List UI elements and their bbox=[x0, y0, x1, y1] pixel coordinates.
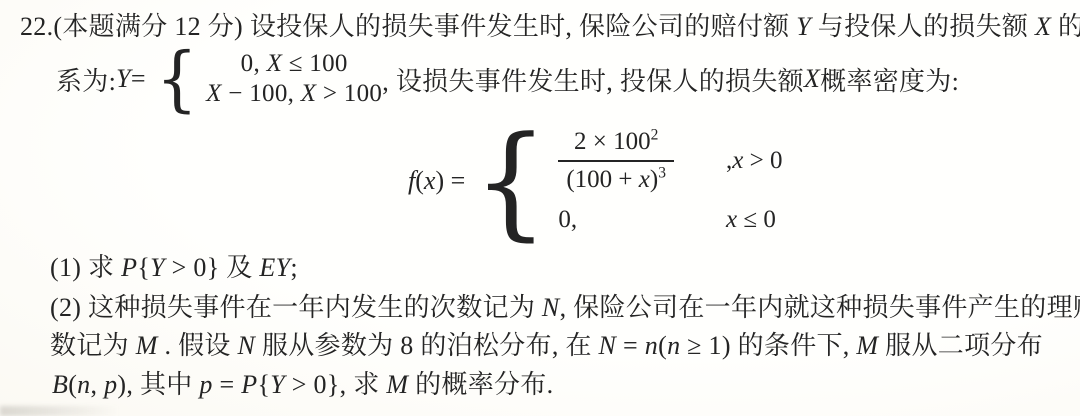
equals-sign: = bbox=[131, 64, 146, 94]
var-P: P bbox=[121, 253, 137, 282]
case-2-value: 0, bbox=[558, 206, 577, 234]
text-segment: (1) 求 bbox=[50, 253, 121, 282]
text-segment: 的概率分布. bbox=[408, 370, 553, 399]
var-B: B bbox=[52, 370, 68, 399]
text-segment: . 假设 bbox=[158, 331, 238, 360]
var-N: N bbox=[237, 331, 255, 360]
paren: ( bbox=[658, 331, 667, 360]
var-X: X bbox=[301, 80, 317, 107]
var-N: N bbox=[599, 331, 617, 360]
text-segment: 的关 bbox=[1051, 12, 1080, 41]
subquestion-2-line-1: (2) 这种损失事件在一年内发生的次数记为 N, 保险公司在一年内就这种损失事件… bbox=[50, 291, 1064, 325]
text-segment: , 设损失事件发生时, 投保人的损失额 bbox=[382, 61, 804, 98]
var-x: x bbox=[732, 147, 743, 174]
var-X: X bbox=[1035, 12, 1051, 41]
exponent: 2 bbox=[651, 127, 659, 144]
equals-sign: = bbox=[616, 331, 645, 360]
exponent: 3 bbox=[658, 165, 666, 182]
text-segment: 服从二项分布 bbox=[878, 331, 1043, 360]
text-segment: 22.(本题满分 12 分) 设投保人的损失事件发生时, 保险公司的赔付额 bbox=[20, 12, 796, 41]
var-M: M bbox=[136, 331, 158, 360]
var-Y: Y bbox=[116, 64, 131, 94]
text-segment: > 0} 及 bbox=[165, 253, 260, 282]
condition-1: ,x > 0 bbox=[726, 147, 782, 175]
text-segment: (100 + bbox=[566, 166, 638, 193]
var-Y: Y bbox=[270, 370, 285, 399]
var-Y: Y bbox=[150, 253, 165, 282]
density-formula: f(x) = { 2 × 1002 (100 + x)3 ,x > 0 0, x… bbox=[408, 123, 1064, 239]
var-p: p bbox=[199, 370, 212, 399]
var-X: X bbox=[206, 80, 222, 107]
case-2: X − 100, X > 100 bbox=[206, 79, 382, 109]
paren: ( bbox=[68, 370, 77, 399]
equals-sign: = bbox=[213, 370, 242, 399]
var-n: n bbox=[77, 370, 90, 399]
text-segment: ≤ 100 bbox=[282, 50, 348, 77]
formula-lhs: f(x) = bbox=[408, 166, 465, 196]
text-segment: > 0 bbox=[743, 147, 782, 174]
fraction-numerator: 2 × 1002 bbox=[558, 128, 674, 160]
var-Y: Y bbox=[796, 12, 811, 41]
var-N: N bbox=[542, 293, 560, 322]
var-EY: EY bbox=[259, 253, 290, 282]
left-brace: { bbox=[156, 43, 198, 114]
text-segment: 系为: bbox=[56, 61, 116, 98]
text-segment: − 100, bbox=[222, 80, 301, 107]
var-M: M bbox=[856, 331, 878, 360]
piecewise-Y-line: 系为: Y = { 0, X ≤ 100 X − 100, X > 100 , … bbox=[56, 47, 1064, 111]
paren: ) bbox=[650, 166, 658, 193]
text-segment: ≤ 0 bbox=[737, 206, 776, 233]
text-segment: (2) 这种损失事件在一年内发生的次数记为 bbox=[50, 293, 542, 322]
var-X: X bbox=[267, 50, 283, 77]
text-segment: 概率密度为: bbox=[820, 61, 959, 98]
condition-2: x ≤ 0 bbox=[726, 206, 776, 234]
text-segment: ≥ 1) 的条件下, bbox=[680, 331, 856, 360]
fraction-denominator: (100 + x)3 bbox=[558, 160, 674, 194]
text-segment: 0, bbox=[241, 50, 267, 77]
var-x: x bbox=[424, 166, 436, 195]
case-1: 0, X ≤ 100 bbox=[241, 49, 348, 79]
text-segment: 服从参数为 8 的泊松分布, 在 bbox=[255, 331, 598, 360]
brace-char: { bbox=[257, 370, 270, 399]
brace-char: { bbox=[137, 253, 150, 282]
equals-sign: ) = bbox=[435, 166, 465, 195]
var-n: n bbox=[667, 331, 680, 360]
subquestion-2-line-3: B(n, p), 其中 p = P{Y > 0}, 求 M 的概率分布. bbox=[52, 368, 1064, 402]
var-M: M bbox=[386, 370, 408, 399]
text-segment: > 100 bbox=[316, 80, 382, 107]
text-segment: 2 × 100 bbox=[574, 128, 651, 155]
var-x: x bbox=[726, 206, 737, 233]
subquestion-1: (1) 求 P{Y > 0} 及 EY; bbox=[50, 251, 1064, 285]
density-cases: 2 × 1002 (100 + x)3 ,x > 0 0, x ≤ 0 bbox=[558, 128, 782, 234]
subquestion-2-line-2: 数记为 M . 假设 N 服从参数为 8 的泊松分布, 在 N = n(n ≥ … bbox=[50, 329, 1064, 363]
text-segment: ), 其中 bbox=[117, 370, 199, 399]
text-segment: , bbox=[90, 370, 104, 399]
piecewise-Y-cases: 0, X ≤ 100 X − 100, X > 100 bbox=[206, 49, 382, 109]
var-X: X bbox=[804, 64, 820, 94]
var-x: x bbox=[639, 166, 650, 193]
var-p: p bbox=[104, 370, 117, 399]
text-segment: 数记为 bbox=[50, 331, 136, 360]
text-segment: ; bbox=[290, 253, 298, 282]
paren: ( bbox=[415, 166, 424, 195]
fraction: 2 × 1002 (100 + x)3 bbox=[558, 128, 674, 194]
text-segment: , 保险公司在一年内就这种损失事件产生的理赔次 bbox=[560, 293, 1080, 322]
text-segment: 与投保人的损失额 bbox=[811, 12, 1035, 41]
text-segment: > 0}, 求 bbox=[285, 370, 386, 399]
problem-page: 22.(本题满分 12 分) 设投保人的损失事件发生时, 保险公司的赔付额 Y … bbox=[0, 0, 1080, 416]
var-n: n bbox=[645, 331, 658, 360]
photo-edge-shadow bbox=[0, 406, 120, 416]
var-P: P bbox=[241, 370, 257, 399]
left-brace: { bbox=[473, 120, 548, 243]
